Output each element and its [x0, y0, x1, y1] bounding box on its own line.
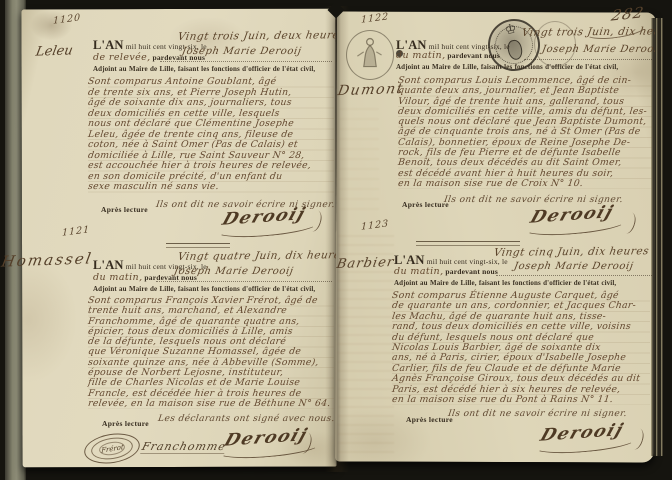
paraph-mark — [627, 427, 646, 452]
printed-lan-initial: L'AN — [93, 258, 124, 272]
handwritten-date: Vingt quatre Juin, dix heures — [177, 249, 336, 263]
signature: Frérot — [101, 443, 124, 455]
pardevant-line: du matin, pardevant nous — [394, 266, 498, 277]
handwritten-line: rand, tous deux domiciliés en cette vill… — [391, 322, 650, 332]
signature: Franchomme — [140, 440, 228, 454]
form-rule-line — [156, 280, 332, 282]
closing-statement: Les déclarants ont signé avec nous. — [157, 414, 335, 424]
officer-name: Joseph Marie Derooij — [513, 261, 634, 272]
act-body: Sont comparus François Xavier Frérot, âg… — [88, 296, 334, 409]
handwritten-time: du matin, — [93, 272, 143, 283]
officer-name: Joseph Marie Derooij — [173, 266, 294, 277]
signature-block: Derooij — [226, 428, 306, 448]
printed-adjoint-line: Adjoint au Maire de Lille, faisant les f… — [394, 279, 616, 287]
margin-name: Barbier — [336, 255, 395, 272]
act-number: 1123 — [361, 218, 389, 233]
handwritten-date: Vingt cinq Juin, dix heures — [493, 245, 650, 259]
closing-statement: Ils ont dit ne savoir écrire ni signer. — [447, 409, 627, 419]
act-body: Sont comparus Étienne Auguste Carquet, â… — [392, 291, 650, 405]
handwritten-time: du matin, — [394, 266, 444, 277]
act-number: 1121 — [62, 224, 90, 239]
signature-scribble: Frérot — [82, 430, 142, 467]
act-entry-1123: 1123 Barbier L'AN mil huit cent vingt-si… — [336, 0, 655, 480]
handwritten-line: en la maison sise rue du Pont à Rains N°… — [391, 395, 650, 405]
right-page-content: 1122 ♔ 282 Dumont L'AN mil huit cent vin… — [336, 0, 655, 480]
act-separator-rule — [416, 241, 520, 246]
register-scan: 1120 Leleu L'AN mil huit cent vingt-six,… — [0, 0, 672, 480]
margin-name: Homassel — [0, 249, 94, 270]
printed-adjoint-line: Adjoint au Maire de Lille, faisant les f… — [93, 285, 315, 293]
handwritten-line: Agnès Françoise Giroux, tous deux décédé… — [391, 374, 650, 384]
printed-pardevant: pardevant nous — [445, 267, 498, 276]
apres-lecture-label: Après lecture — [102, 419, 149, 428]
form-rule-line — [496, 274, 652, 276]
handwritten-line: relevée, en la maison sise rue de Béthun… — [87, 399, 334, 409]
act-separator-rule — [166, 243, 230, 248]
printed-lan-initial: L'AN — [394, 253, 425, 267]
act-entry-1121: 1121 Homassel L'AN mil huit cent vingt-s… — [0, 0, 336, 480]
apres-lecture-label: Après lecture — [406, 415, 453, 424]
left-page-content: 1120 Leleu L'AN mil huit cent vingt-six,… — [0, 0, 336, 480]
signature-block: Derooij — [542, 423, 622, 443]
